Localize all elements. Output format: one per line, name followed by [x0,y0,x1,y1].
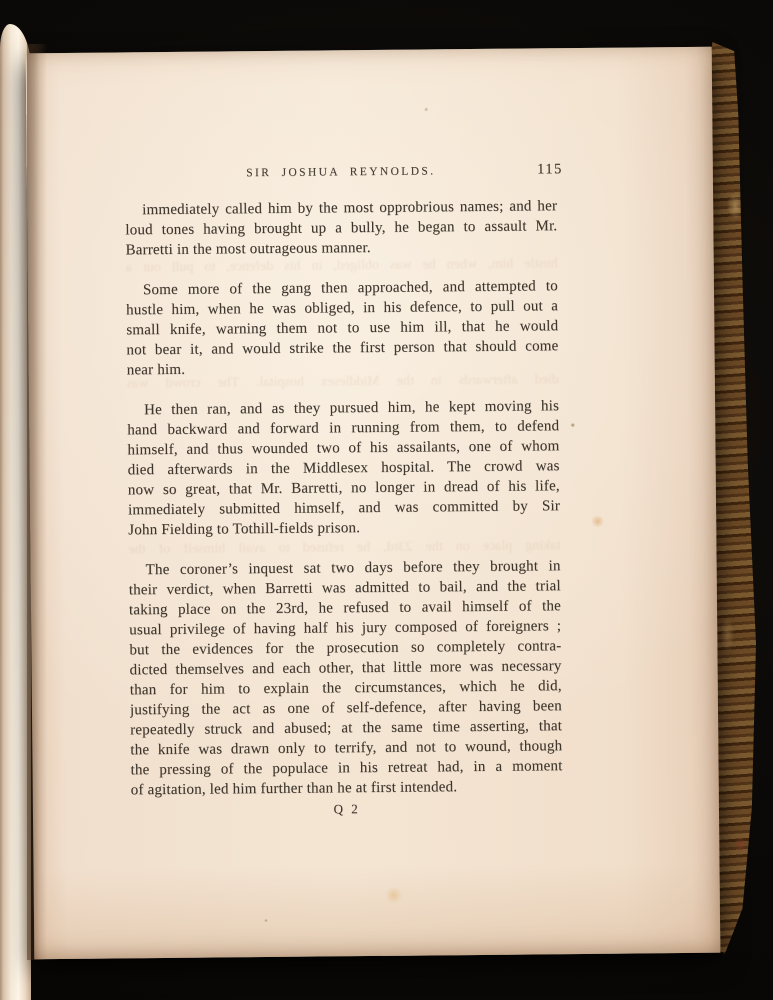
photo-background: SIR JOSHUA REYNOLDS. 115 hustle him, whe… [0,0,773,1000]
foxing-spot [570,423,575,427]
signature-mark: Q 2 [131,798,563,820]
text-line: John Fielding to Tothill-fields prison. [128,516,560,540]
text-line: near him. [127,356,559,380]
text-line: immediately submitted himself, and was c… [128,496,560,520]
paragraph: He then ran, and as they pursued him, he… [127,396,560,540]
paragraph: immediately called him by the most oppro… [125,196,558,260]
text-line: of agitation, led him further than he at… [131,776,563,800]
running-header: SIR JOSHUA REYNOLDS. 115 [125,164,557,184]
foxing-spot [384,888,404,903]
text-line: the pressing of the populace in his retr… [130,756,562,780]
paragraph: Some more of the gang then approached, a… [126,276,559,380]
paragraph: The coroner’s inquest sat two days befor… [129,556,563,800]
text-line: not bear it, and would strike the first … [126,336,558,360]
body-text: immediately called him by the most oppro… [125,196,563,800]
page-number: 115 [537,161,563,178]
book-page: SIR JOSHUA REYNOLDS. 115 hustle him, whe… [26,47,721,960]
page-header-title: SIR JOSHUA REYNOLDS. [125,164,557,180]
text-block: SIR JOSHUA REYNOLDS. 115 hustle him, whe… [125,164,563,820]
foxing-spot [424,107,428,111]
text-line: loud tones having brought up a bully, he… [125,216,557,240]
foxing-spot [590,516,605,527]
text-line: Barretti in the most outrageous manner. [125,236,557,260]
foxing-spot [264,919,268,922]
